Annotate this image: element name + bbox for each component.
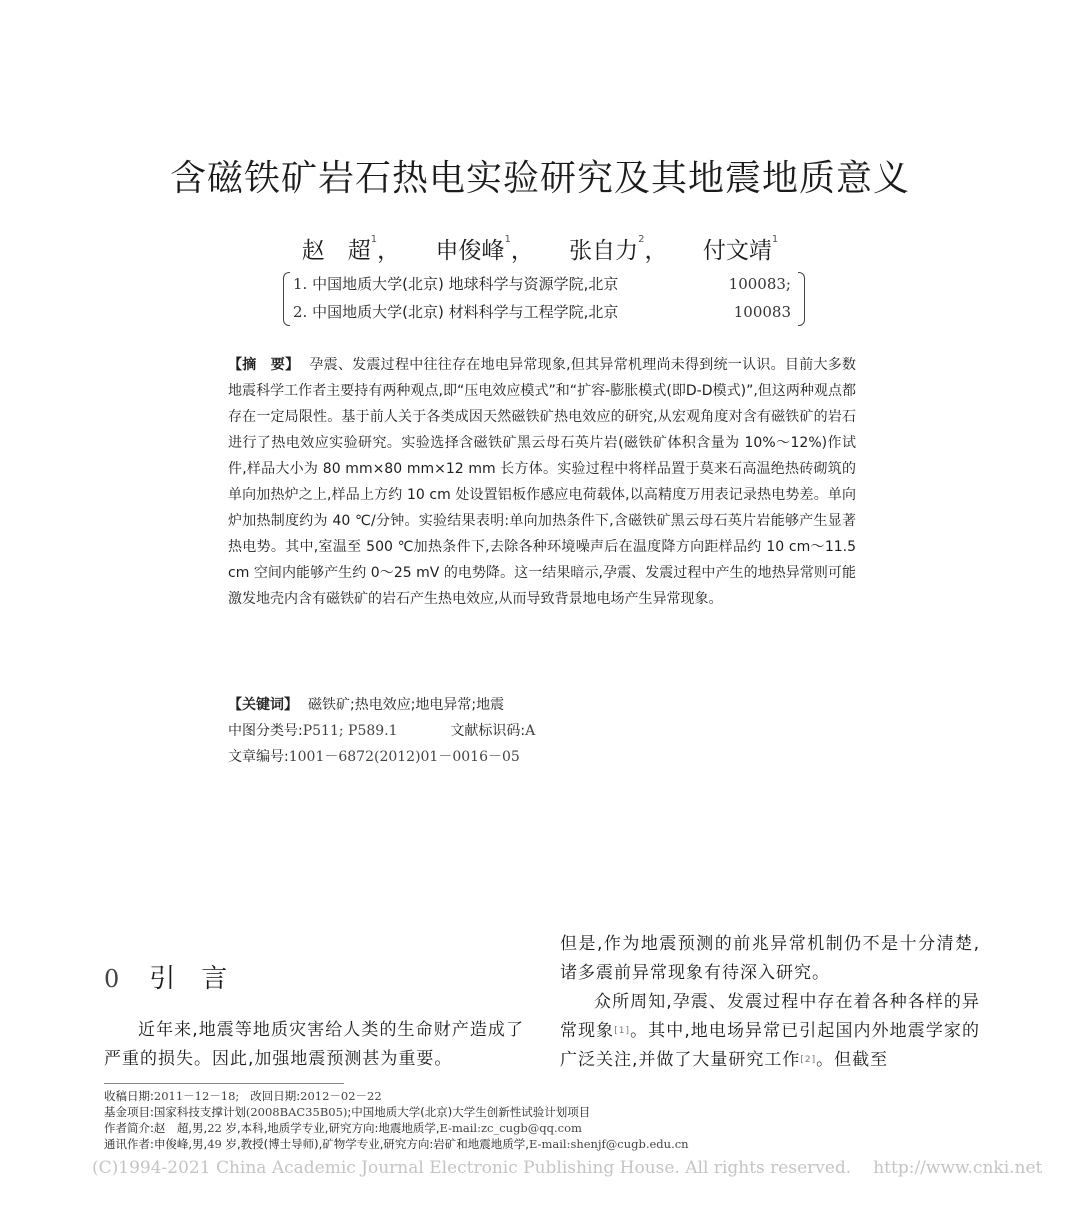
- footnote-author-bio: 作者简介:赵 超,男,22 岁,本科,地质学专业,研究方向:地震地质学,E-ma…: [104, 1120, 964, 1136]
- section-title: 引言: [149, 964, 253, 994]
- keywords-label: 【关键词】: [228, 697, 298, 713]
- footnote-fund: 基金项目:国家科技支撑计划(2008BAC35B05);中国地质大学(北京)大学…: [104, 1104, 964, 1120]
- section-heading: 0引言: [104, 958, 253, 995]
- article-number-label: 文章编号:: [228, 749, 289, 765]
- cnki-link[interactable]: http://www.cnki.net: [873, 1158, 1042, 1178]
- paper-title: 含磁铁矿岩石热电实验研究及其地震地质意义: [0, 150, 1080, 201]
- abstract-text: 孕震、发震过程中往往存在地电异常现象,但其异常机理尚未得到统一认识。目前大多数地…: [228, 357, 856, 607]
- paragraph: 近年来,地震等地质灾害给人类的生命财产造成了严重的损失。因此,加强地震预测甚为重…: [104, 1016, 524, 1074]
- article-number: 文章编号:1001－6872(2012)01－0016－05: [228, 744, 868, 770]
- section-number: 0: [104, 965, 119, 993]
- doc-code-value: A: [525, 723, 535, 739]
- footnote-dates: 收稿日期:2011－12－18; 改回日期:2012－02－22: [104, 1088, 964, 1104]
- affiliation-2: 2. 中国地质大学(北京) 材料科学与工程学院,北京 100083: [293, 299, 795, 325]
- affiliations: 1. 中国地质大学(北京) 地球科学与资源学院,北京 100083; 2. 中国…: [283, 270, 805, 326]
- keywords-text: 磁铁矿;热电效应;地电异常;地震: [308, 697, 504, 713]
- clc-label: 中图分类号:: [228, 723, 303, 739]
- classification: 中图分类号:P511; P589.1 文献标识码:A: [228, 718, 868, 744]
- author: 张自力2，: [569, 238, 667, 264]
- author-email-link[interactable]: E-mail:zc_cugb@qq.com: [439, 1121, 581, 1135]
- footnotes: 收稿日期:2011－12－18; 改回日期:2012－02－22 基金项目:国家…: [104, 1088, 964, 1152]
- body-right-column: 但是,作为地震预测的前兆异常机制仍不是十分清楚,诸多震前异常现象有待深入研究。 …: [560, 930, 980, 1075]
- author: 赵 超1，: [302, 238, 400, 264]
- citation[interactable]: [2]: [800, 1055, 816, 1065]
- doc-code-label: 文献标识码:: [450, 723, 525, 739]
- abstract-label: 【摘 要】: [228, 357, 299, 373]
- corresponding-email-link[interactable]: E-mail:shenjf@cugb.edu.cn: [529, 1137, 689, 1151]
- footnote-corresponding: 通讯作者:申俊峰,男,49 岁,教授(博士导师),矿物学专业,研究方向:岩矿和地…: [104, 1136, 964, 1152]
- paragraph: 但是,作为地震预测的前兆异常机制仍不是十分清楚,诸多震前异常现象有待深入研究。: [560, 930, 980, 988]
- author: 付文靖1: [703, 238, 778, 264]
- affiliation-1: 1. 中国地质大学(北京) 地球科学与资源学院,北京 100083;: [293, 271, 795, 297]
- keywords: 【关键词】磁铁矿;热电效应;地电异常;地震: [228, 692, 868, 718]
- author: 申俊峰1，: [435, 238, 533, 264]
- article-number-value: 1001－6872(2012)01－0016－05: [289, 749, 520, 765]
- bracket-right: [798, 272, 805, 326]
- bracket-left: [283, 272, 290, 326]
- citation[interactable]: [1]: [614, 1026, 630, 1036]
- abstract: 【摘 要】孕震、发震过程中往往存在地电异常现象,但其异常机理尚未得到统一认识。目…: [228, 352, 856, 612]
- copyright-watermark: (C)1994-2021 China Academic Journal Elec…: [92, 1158, 972, 1178]
- footnote-divider: [104, 1083, 344, 1084]
- paragraph: 众所周知,孕震、发震过程中存在着各种各样的异常现象[1]。其中,地电场异常已引起…: [560, 988, 980, 1075]
- author-list: 赵 超1， 申俊峰1， 张自力2， 付文靖1: [0, 232, 1080, 265]
- clc-value: P511; P589.1: [303, 723, 398, 739]
- body-left-column: 近年来,地震等地质灾害给人类的生命财产造成了严重的损失。因此,加强地震预测甚为重…: [104, 1016, 524, 1074]
